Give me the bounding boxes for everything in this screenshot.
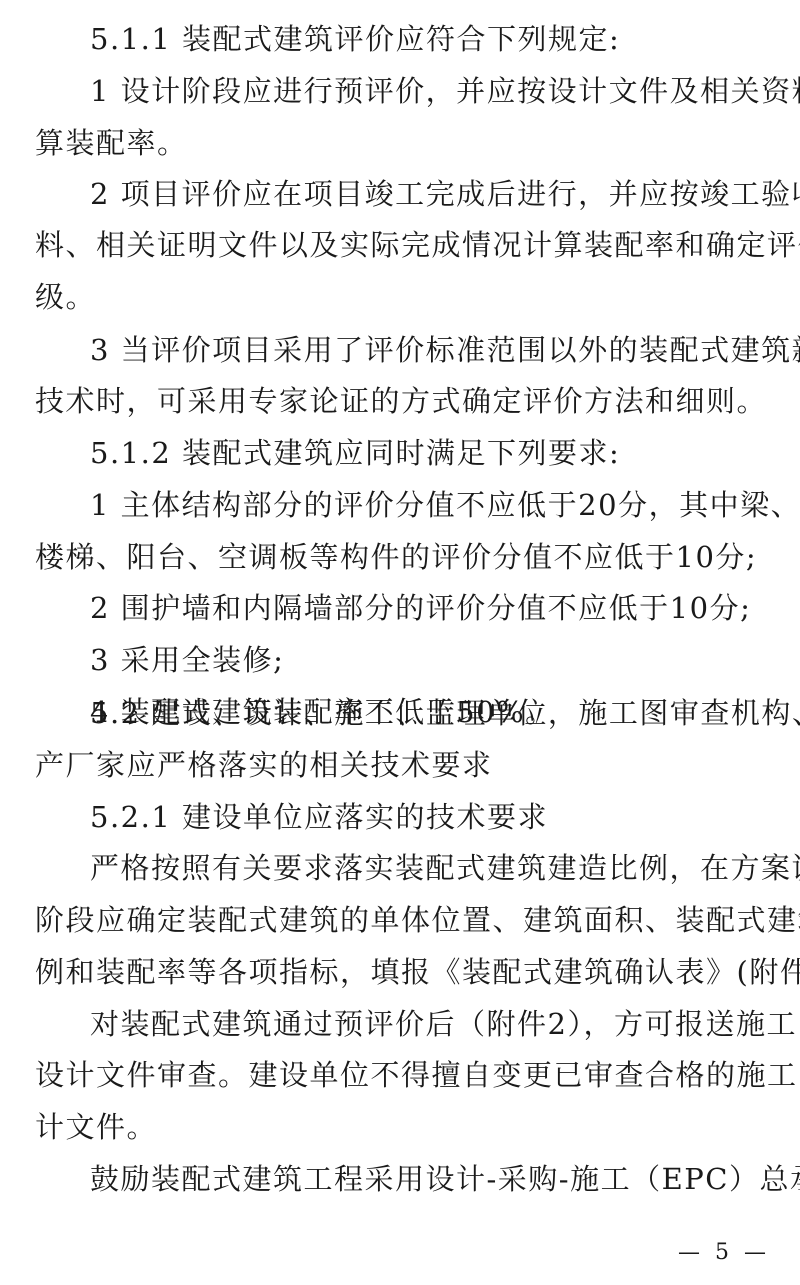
paragraph-line: 鼓励装配式建筑工程采用设计-采购-施工（EPC）总承包 xyxy=(90,1161,800,1197)
clause-5-1-2-heading: 5.1.2 装配式建筑应同时满足下列要求: xyxy=(90,435,800,471)
paragraph-line: 级。 xyxy=(35,279,765,315)
clause-5-2-heading-cont: 产厂家应严格落实的相关技术要求 xyxy=(35,747,765,783)
document-page: 5.1.1 装配式建筑评价应符合下列规定: 1 设计阶段应进行预评价，并应按设计… xyxy=(0,0,800,1285)
paragraph-line: 技术时，可采用专家论证的方式确定评价方法和细则。 xyxy=(35,383,765,419)
paragraph-line: 3 当评价项目采用了评价标准范围以外的装配式建筑新 xyxy=(90,332,800,368)
paragraph-line: 2 项目评价应在项目竣工完成后进行，并应按竣工验收资 xyxy=(90,176,800,212)
clause-5-1-1-heading: 5.1.1 装配式建筑评价应符合下列规定: xyxy=(90,21,800,57)
paragraph-line: 严格按照有关要求落实装配式建筑建造比例，在方案设计 xyxy=(90,850,800,886)
paragraph-line: 2 围护墙和内隔墙部分的评价分值不应低于10分; xyxy=(90,590,800,626)
paragraph-line: 计文件。 xyxy=(35,1109,765,1145)
clause-5-2-1-heading: 5.2.1 建设单位应落实的技术要求 xyxy=(90,799,800,835)
paragraph-line: 料、相关证明文件以及实际完成情况计算装配率和确定评价等 xyxy=(35,227,765,263)
paragraph-line: 设计文件审查。建设单位不得擅自变更已审查合格的施工图设 xyxy=(35,1057,765,1093)
paragraph-line: 例和装配率等各项指标，填报《装配式建筑确认表》(附件1)。 xyxy=(35,954,765,990)
paragraph-line: 3 采用全装修; xyxy=(90,642,800,678)
clause-5-2-heading: 5.2 建设、设计、施工、监理单位，施工图审查机构、生 xyxy=(90,695,800,731)
paragraph-line: 算装配率。 xyxy=(35,125,765,161)
paragraph-line: 阶段应确定装配式建筑的单体位置、建筑面积、装配式建筑比 xyxy=(35,902,765,938)
paragraph-line: 对装配式建筑通过预评价后（附件2），方可报送施工图 xyxy=(90,1006,800,1042)
paragraph-line: 1 主体结构部分的评价分值不应低于20分，其中梁、板、 xyxy=(90,487,800,523)
paragraph-line: 楼梯、阳台、空调板等构件的评价分值不应低于10分; xyxy=(35,539,765,575)
paragraph-line: 1 设计阶段应进行预评价，并应按设计文件及相关资料计 xyxy=(90,73,800,109)
page-number: — 5 — xyxy=(678,1240,770,1265)
